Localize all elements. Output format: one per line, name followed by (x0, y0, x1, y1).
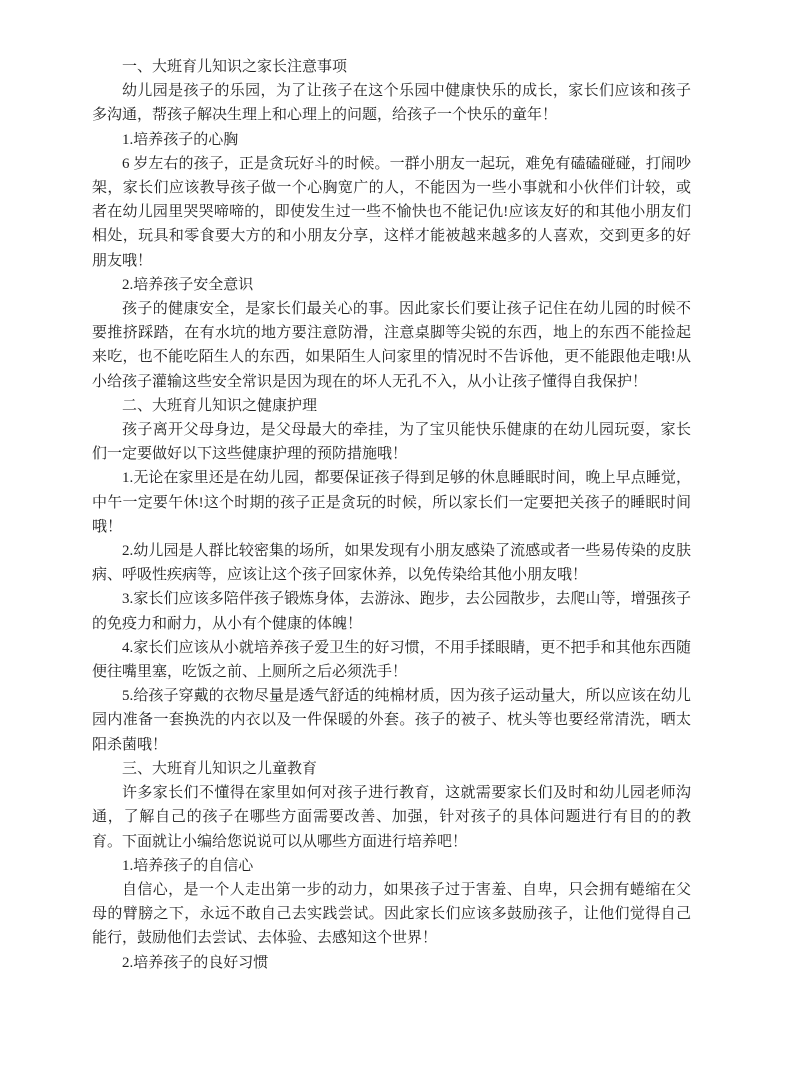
paragraph-2-1: 1.无论在家里还是在幼儿园，都要保证孩子得到足够的休息睡眠时间，晚上早点睡觉，中… (92, 466, 691, 539)
paragraph-3-1: 自信心，是一个人走出第一步的动力，如果孩子过于害羞、自卑，只会拥有蜷缩在父母的臂… (92, 878, 691, 951)
paragraph-2-3: 3.家长们应该多陪伴孩子锻炼身体，去游泳、跑步，去公园散步，去爬山等，增强孩子的… (92, 587, 691, 635)
subheading-1-1: 1.培养孩子的心胸 (92, 128, 691, 152)
heading-section-1: 一、大班育儿知识之家长注意事项 (92, 55, 691, 79)
heading-section-3: 三、大班育儿知识之儿童教育 (92, 757, 691, 781)
subheading-1-2: 2.培养孩子安全意识 (92, 273, 691, 297)
paragraph-section1-intro: 幼儿园是孩子的乐园，为了让孩子在这个乐园中健康快乐的成长，家长们应该和孩子多沟通… (92, 79, 691, 127)
document-page: 一、大班育儿知识之家长注意事项 幼儿园是孩子的乐园，为了让孩子在这个乐园中健康快… (0, 0, 794, 1080)
document-content: 一、大班育儿知识之家长注意事项 幼儿园是孩子的乐园，为了让孩子在这个乐园中健康快… (92, 55, 691, 975)
heading-section-2: 二、大班育儿知识之健康护理 (92, 394, 691, 418)
paragraph-1-2: 孩子的健康安全，是家长们最关心的事。因此家长们要让孩子记住在幼儿园的时候不要推挤… (92, 297, 691, 394)
paragraph-section3-intro: 许多家长们不懂得在家里如何对孩子进行教育，这就需要家长们及时和幼儿园老师沟通，了… (92, 781, 691, 854)
subheading-3-1: 1.培养孩子的自信心 (92, 854, 691, 878)
paragraph-section2-intro: 孩子离开父母身边，是父母最大的牵挂，为了宝贝能快乐健康的在幼儿园玩耍，家长们一定… (92, 418, 691, 466)
paragraph-2-2: 2.幼儿园是人群比较密集的场所，如果发现有小朋友感染了流感或者一些易传染的皮肤病… (92, 539, 691, 587)
paragraph-1-1: 6 岁左右的孩子，正是贪玩好斗的时候。一群小朋友一起玩，难免有磕磕碰碰，打闹吵架… (92, 152, 691, 273)
paragraph-2-5: 5.给孩子穿戴的衣物尽量是透气舒适的纯棉材质，因为孩子运动量大，所以应该在幼儿园… (92, 684, 691, 757)
paragraph-2-4: 4.家长们应该从小就培养孩子爱卫生的好习惯，不用手揉眼睛，更不把手和其他东西随便… (92, 636, 691, 684)
subheading-3-2: 2.培养孩子的良好习惯 (92, 951, 691, 975)
